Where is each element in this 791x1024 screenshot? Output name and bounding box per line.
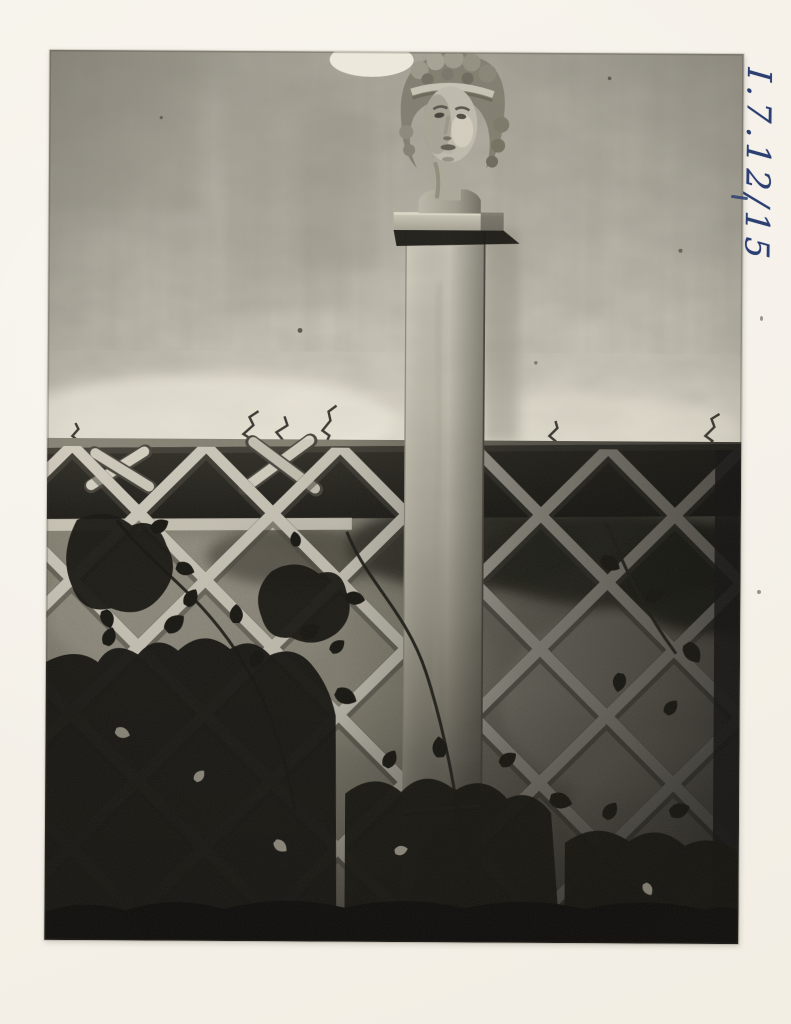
film-grain [44, 50, 743, 944]
dust-speck [760, 316, 763, 321]
photo-print [44, 50, 743, 944]
handwritten-catalog-number: I.7.12/15 [734, 66, 781, 265]
dust-speck [757, 590, 761, 594]
photograph [44, 50, 743, 944]
scanned-album-page: I.7.12/15 [0, 0, 791, 1024]
